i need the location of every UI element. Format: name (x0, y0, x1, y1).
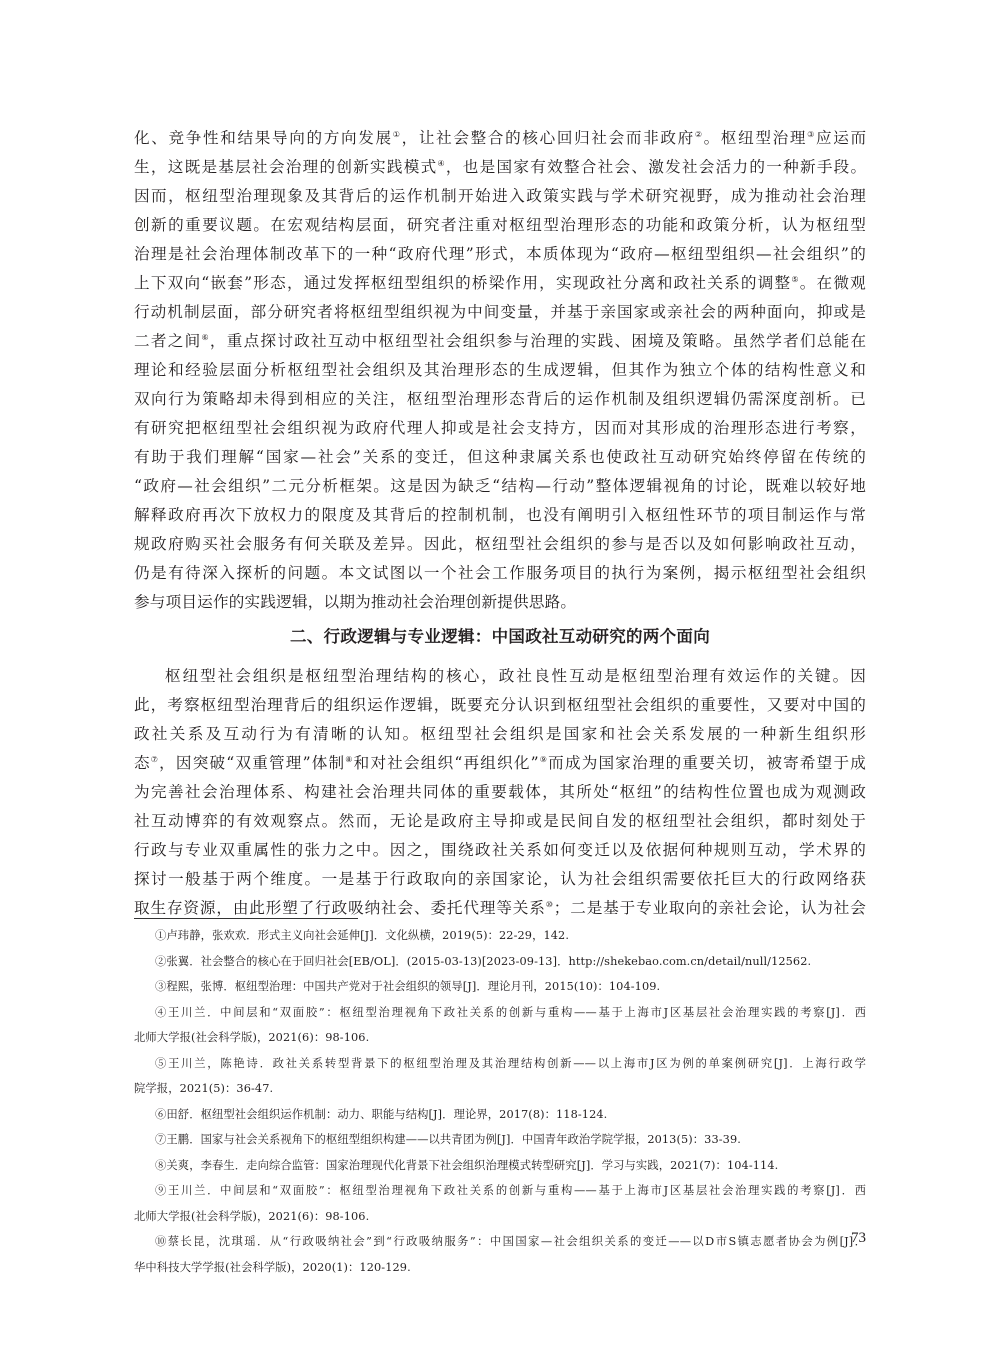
footnote-10: ⑩蔡长昆，沈琪瑶．从“行政吸纳社会”到“行政吸纳服务”：中国国家—社会组织关系的… (134, 1229, 866, 1255)
footnote-ref[interactable]: ⑧ (345, 755, 353, 764)
text-line: 政社关系及互动行为有清晰的认知。枢纽型社会组织是国家和社会关系发展的一种新生组织… (134, 720, 866, 749)
text-line: 社互动博弈的有效观察点。然而，无论是政府主导抑或是民间自发的枢纽型社会组织，都时… (134, 807, 866, 836)
footnote-9: ⑨王川兰．中间层和“双面胶”：枢纽型治理视角下政社关系的创新与重构——基于上海市… (134, 1178, 866, 1204)
footnote-ref[interactable]: ① (393, 130, 402, 139)
text-line: 此，考察枢纽型治理背后的组织运作逻辑，既要充分认识到枢纽型社会组织的重要性，又要… (134, 691, 866, 720)
footnote-ref[interactable]: ④ (437, 159, 445, 168)
text-line: 双向行为策略却未得到相应的关注，枢纽型治理形态背后的运作机制及组织逻辑仍需深度剖… (134, 385, 866, 414)
text-line: 行政与专业双重属性的张力之中。因之，围绕政社关系如何变迁以及依据何种规则互动，学… (134, 836, 866, 865)
text-line: 二者之间⑥，重点探讨政社互动中枢纽型社会组织参与治理的实践、困境及策略。虽然学者… (134, 327, 866, 356)
paragraph-1: 化、竞争性和结果导向的方向发展①，让社会整合的核心回归社会而非政府②。枢纽型治理… (134, 124, 866, 617)
text-line: 探讨一般基于两个维度。一是基于行政取向的亲国家论，认为社会组织需要依托巨大的行政… (134, 865, 866, 894)
footnote-separator (134, 918, 358, 919)
section-heading: 二、行政逻辑与专业逻辑：中国政社互动研究的两个面向 (134, 622, 866, 652)
footnote-ref[interactable]: ⑦ (151, 755, 159, 764)
text-line: 化、竞争性和结果导向的方向发展①，让社会整合的核心回归社会而非政府②。枢纽型治理… (134, 124, 866, 153)
footnote-9-cont: 北师大学报(社会科学版)，2021(6)：98-106. (134, 1204, 866, 1230)
footnote-10-cont: 华中科技大学学报(社会科学版)，2020(1)：120-129. (134, 1255, 866, 1281)
footnote-ref[interactable]: ⑩ (546, 900, 554, 909)
footnote-ref[interactable]: ⑨ (539, 755, 548, 764)
footnote-ref[interactable]: ② (695, 130, 704, 139)
footnote-3: ③程熙，张博．枢纽型治理：中国共产党对于社会组织的领导[J]．理论月刊，2015… (134, 974, 866, 1000)
text-line: 参与项目运作的实践逻辑，以期为推动社会治理创新提供思路。 (134, 588, 866, 617)
text-line: “政府—社会组织”二元分析框架。这是因为缺乏“结构—行动”整体逻辑视角的讨论，既… (134, 472, 866, 501)
text-line: 规政府购买社会服务有何关联及差异。因此，枢纽型社会组织的参与是否以及如何影响政社… (134, 530, 866, 559)
paragraph-2: 枢纽型社会组织是枢纽型治理结构的核心，政社良性互动是枢纽型治理有效运作的关键。因… (134, 662, 866, 923)
text-line: 创新的重要议题。在宏观结构层面，研究者注重对枢纽型治理形态的功能和政策分析，认为… (134, 211, 866, 240)
footnote-5: ⑤王川兰，陈艳诗．政社关系转型背景下的枢纽型治理及其治理结构创新——以上海市J区… (134, 1051, 866, 1077)
text-line: 态⑦，因突破“双重管理”体制⑧和对社会组织“再组织化”⑨而成为国家治理的重要关切… (134, 749, 866, 778)
text-line: 枢纽型社会组织是枢纽型治理结构的核心，政社良性互动是枢纽型治理有效运作的关键。因 (134, 662, 866, 691)
text-line: 治理是社会治理体制改革下的一种“政府代理”形式，本质体现为“政府—枢纽型组织—社… (134, 240, 866, 269)
text-line: 因而，枢纽型治理现象及其背后的运作机制开始进入政策实践与学术研究视野，成为推动社… (134, 182, 866, 211)
text-line: 有助于我们理解“国家—社会”关系的变迁，但这种隶属关系也使政社互动研究始终停留在… (134, 443, 866, 472)
footnote-2: ②张翼．社会整合的核心在于回归社会[EB/OL]．(2015-03-13)[20… (134, 949, 866, 975)
text-line: 解释政府再次下放权力的限度及其背后的控制机制，也没有阐明引入枢纽性环节的项目制运… (134, 501, 866, 530)
footnote-6: ⑥田舒．枢纽型社会组织运作机制：动力、职能与结构[J]．理论界，2017(8)：… (134, 1102, 866, 1128)
footnotes: ①卢玮静，张欢欢．形式主义向社会延伸[J]．文化纵横，2019(5)：22-29… (134, 923, 866, 1280)
footnote-ref[interactable]: ⑤ (791, 275, 799, 284)
text-line: 行动机制层面，部分研究者将枢纽型组织视为中间变量，并基于亲国家或亲社会的两种面向… (134, 298, 866, 327)
footnote-ref[interactable]: ③ (807, 130, 816, 139)
text-line: 生，这既是基层社会治理的创新实践模式④，也是国家有效整合社会、激发社会活力的一种… (134, 153, 866, 182)
footnote-1: ①卢玮静，张欢欢．形式主义向社会延伸[J]．文化纵横，2019(5)：22-29… (134, 923, 866, 949)
text-line: 有研究把枢纽型社会组织视为政府代理人抑或是社会支持方，因而对其形成的治理形态进行… (134, 414, 866, 443)
footnote-4: ④王川兰．中间层和“双面胶”：枢纽型治理视角下政社关系的创新与重构——基于上海市… (134, 1000, 866, 1026)
document-page: 化、竞争性和结果导向的方向发展①，让社会整合的核心回归社会而非政府②。枢纽型治理… (0, 0, 1000, 1347)
text-line: 仍是有待深入探析的问题。本文试图以一个社会工作服务项目的执行为案例，揭示枢纽型社… (134, 559, 866, 588)
footnote-5-cont: 院学报，2021(5)：36-47. (134, 1076, 866, 1102)
footnote-4-cont: 北师大学报(社会科学版)，2021(6)：98-106. (134, 1025, 866, 1051)
footnote-ref[interactable]: ⑥ (201, 333, 209, 342)
page-number: 73 (826, 1230, 866, 1247)
text-line: 理论和经验层面分析枢纽型社会组织及其治理形态的生成逻辑，但其作为独立个体的结构性… (134, 356, 866, 385)
text-line: 为完善社会治理体系、构建社会治理共同体的重要载体，其所处“枢纽”的结构性位置也成… (134, 778, 866, 807)
text-line: 上下双向“嵌套”形态，通过发挥枢纽型组织的桥梁作用，实现政社分离和政社关系的调整… (134, 269, 866, 298)
footnote-8: ⑧关爽，李春生．走向综合监管：国家治理现代化背景下社会组织治理模式转型研究[J]… (134, 1153, 866, 1179)
footnote-7: ⑦王鹏．国家与社会关系视角下的枢纽型组织构建——以共青团为例[J]．中国青年政治… (134, 1127, 866, 1153)
